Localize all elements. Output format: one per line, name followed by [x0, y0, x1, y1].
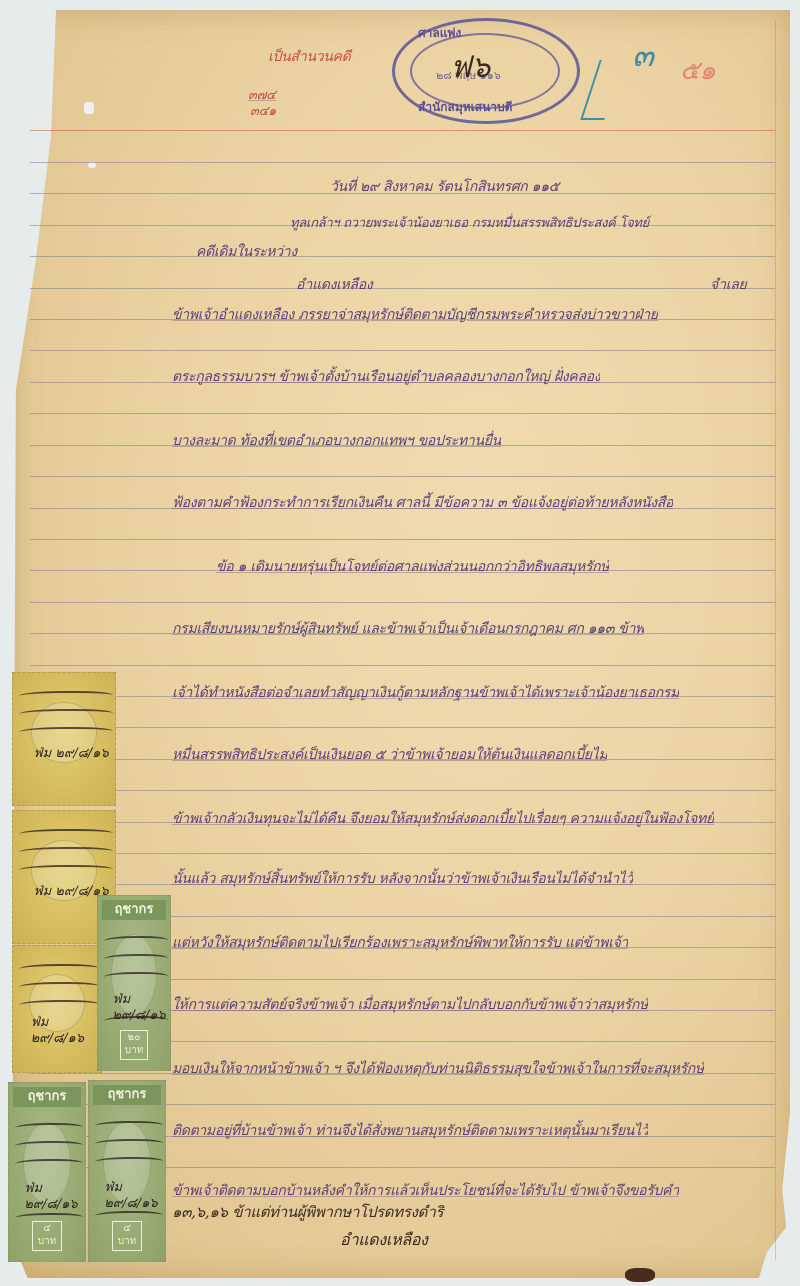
body-text-line: แต่หวังให้สมุหรักษ์ติดตามไปเรียกร้องเพรา… — [172, 932, 628, 954]
oval-stamp-top-text: ศาลแพ่ง — [418, 24, 461, 43]
body-text-line: นั้นแล้ว สมุหรักษ์สิ้นทรัพย์ให้การรับ หล… — [172, 868, 633, 890]
closing-line: ๑๓,๖,๑๖ ข้าแต่ท่านผู้พิพากษาโปรดทรงดำริ — [172, 1200, 443, 1224]
revenue-stamp-green: ฤชากร ฟ่ม ๒๙/๘/๑๖ ๒๐ บาท — [97, 895, 171, 1071]
stamp-cancellation: ฟ่ม ๒๙/๘/๑๖ — [33, 746, 108, 762]
stamp-label: ฤชากร — [13, 1087, 81, 1107]
revenue-stamp-green: ฤชากร ฟ่ม ๒๙/๘/๑๖ ๔ บาท — [8, 1082, 86, 1262]
fraction-bottom: ๓๔๑ — [250, 100, 276, 121]
revenue-stamp-green: ฤชากร ฟ่ม ๒๙/๘/๑๖ ๔ บาท — [88, 1080, 166, 1262]
body-text-line: ข้าพเจ้ากลัวเงินทุนจะไม่ได้คืน จึงยอมให้… — [172, 808, 714, 830]
body-text-line: ข้าพเจ้าอำแดงเหลือง ภรรยาจ่าสมุหรักษ์ติด… — [172, 304, 658, 326]
oval-stamp-bottom-text: สำนักสมุหเสนาบดี — [418, 98, 512, 117]
date-line: วันที่ ๒๙ สิงหาคม รัตนโกสินทรศก ๑๑๕ — [330, 176, 559, 198]
stamp-label: ฤชากร — [93, 1085, 161, 1105]
stamp-cancellation: ฟ่ม ๒๙/๘/๑๖ — [24, 1181, 85, 1213]
ink-blot — [625, 1268, 655, 1282]
top-left-note: เป็นสำนวนคดี — [268, 46, 350, 68]
body-text-line: ให้การแต่ความสัตย์จริงข้าพเจ้า เมื่อสมุห… — [172, 994, 648, 1016]
right-margin-line — [775, 20, 776, 1260]
body-text-line: ติดตามอยู่ที่บ้านข้าพเจ้า ท่านจึงได้สั่ง… — [172, 1120, 648, 1142]
punch-hole — [84, 102, 94, 114]
stamp-value: ๔ บาท — [112, 1221, 142, 1251]
body-text-line: ข้อ ๑ เดิมนายหรุ่นเป็นโจทย์ต่อศาลแพ่งส่ว… — [216, 556, 609, 578]
stamp-value: ๔ บาท — [32, 1221, 62, 1251]
stamp-label: ฤชากร — [102, 900, 166, 920]
blue-folio-number: ๓ — [632, 30, 654, 81]
punch-hole — [88, 162, 96, 168]
signature: อำแดงเหลือง — [340, 1228, 428, 1253]
revenue-stamp-yellow: ฟ่ม ๒๙/๘/๑๖ — [12, 672, 116, 806]
stamp-cancellation: ฟ่ม ๒๙/๘/๑๖ — [112, 992, 170, 1024]
oval-stamp-ink-marking: ฟ๖ — [450, 44, 490, 91]
body-text-line: เจ้าได้ทำหนังสือต่อจำเลยทำสัญญาเงินกู้ตา… — [172, 682, 679, 704]
stamp-cancellation: ฟ่ม ๒๙/๘/๑๖ — [31, 1015, 101, 1047]
stamp-cancellation: ฟ่ม ๒๙/๘/๑๖ — [104, 1180, 165, 1212]
body-text-line: มอบเงินให้จากหน้าข้าพเจ้า ฯ จึงได้ฟ้องเห… — [172, 1058, 704, 1080]
addressee-line: ทูลเกล้าฯ ถวายพระเจ้าน้องยาเธอ กรมหมื่นส… — [290, 212, 649, 233]
stamp-value: ๒๐ บาท — [120, 1030, 149, 1060]
revenue-stamp-yellow: ฟ่ม ๒๙/๘/๑๖ — [12, 945, 102, 1073]
body-text-line: กรมเสียงบนหมายรักษ์ผู้สินทรัพย์ และข้าพเ… — [172, 618, 644, 640]
parties-left: อำแดงเหลือง — [296, 274, 372, 296]
red-circled-number: ๕๑ — [680, 50, 716, 91]
parties-right: จำเลย — [710, 274, 746, 296]
body-text-line: ข้าพเจ้าติดตามบอกบ้านหลังคำให้การแล้วเห็… — [172, 1180, 679, 1202]
body-text-line: หมื่นสรรพสิทธิประสงค์เป็นเงินยอด ๕ ว่าข้… — [172, 744, 607, 766]
body-text-line: บางละมาด ท้องที่เขตอำเภอบางกอกแทพฯ ขอประ… — [172, 430, 501, 452]
case-line: คดีเดิมในระหว่าง — [196, 241, 297, 263]
body-text-line: ฟ้องตามคำฟ้องกระทำการเรียกเงินคืน ศาลนี้… — [172, 492, 673, 514]
body-text-line: ตระกูลธรรมบวรฯ ข้าพเจ้าตั้งบ้านเรือนอยู่… — [172, 366, 600, 388]
